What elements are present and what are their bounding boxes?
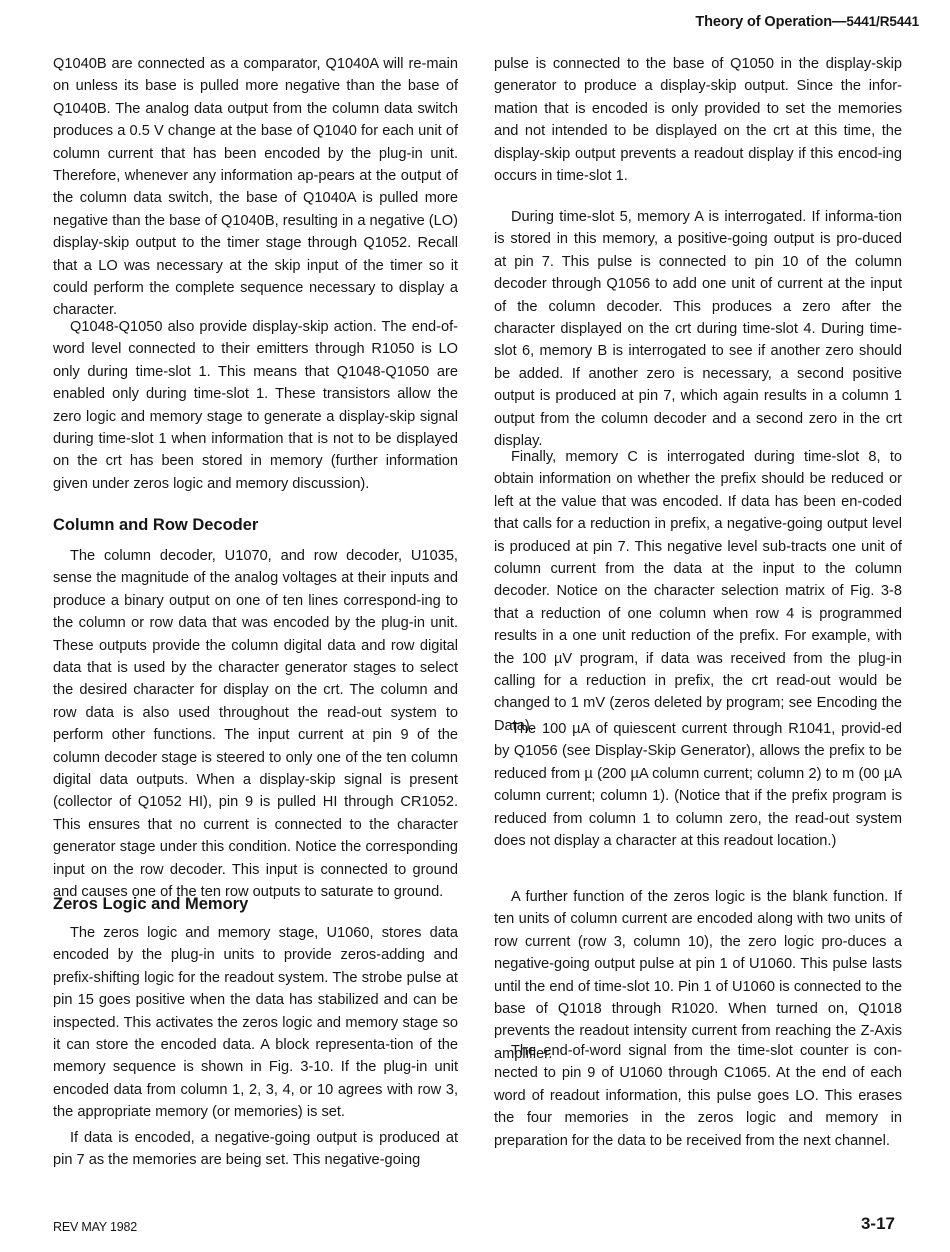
paragraph: The 100 µA of quiescent current through … [494, 718, 902, 852]
right-column: pulse is connected to the base of Q1050 … [494, 0, 902, 1200]
page-number: 3-17 [861, 1214, 895, 1234]
revision-date: REV MAY 1982 [53, 1220, 137, 1234]
section-heading-column-row-decoder: Column and Row Decoder [53, 515, 258, 535]
paragraph: The end-of-word signal from the time-slo… [494, 1040, 902, 1152]
paragraph: pulse is connected to the base of Q1050 … [494, 53, 902, 187]
paragraph: Q1048-Q1050 also provide display-skip ac… [53, 316, 458, 495]
paragraph: A further function of the zeros logic is… [494, 886, 902, 1065]
left-column: Q1040B are connected as a comparator, Q1… [53, 0, 458, 1200]
paragraph: Q1040B are connected as a comparator, Q1… [53, 53, 458, 322]
paragraph: During time-slot 5, memory A is interrog… [494, 206, 902, 452]
paragraph: If data is encoded, a negative-going out… [53, 1127, 458, 1172]
paragraph: Finally, memory C is interrogated during… [494, 446, 902, 737]
paragraph: The zeros logic and memory stage, U1060,… [53, 922, 458, 1124]
paragraph: The column decoder, U1070, and row decod… [53, 545, 458, 904]
section-heading-zeros-logic-memory: Zeros Logic and Memory [53, 894, 248, 914]
